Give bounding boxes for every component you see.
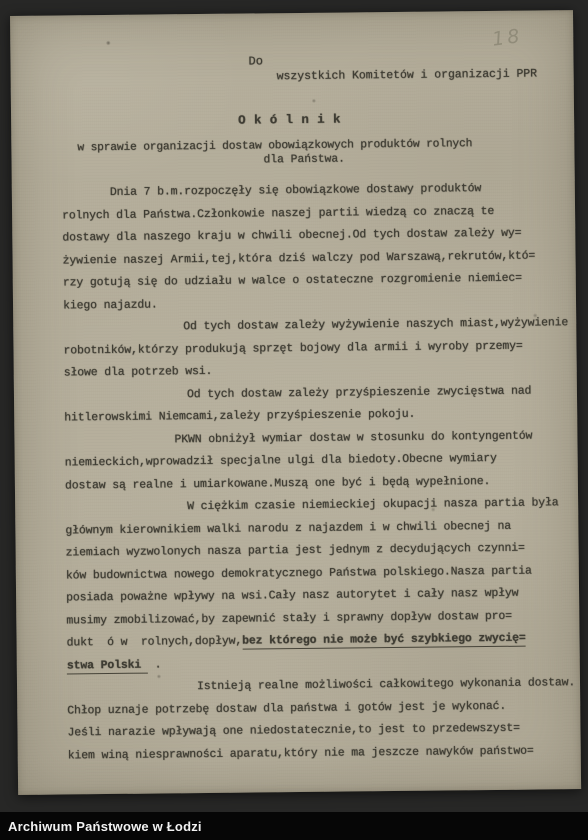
text-segment: rolnych dla Państwa.Członkowie naszej pa… bbox=[62, 204, 494, 222]
text-segment: niemieckich,wprowadził specjalne ulgi dl… bbox=[65, 452, 497, 470]
text-segment: Jeśli narazie wpływają one niedostateczn… bbox=[67, 722, 519, 740]
addressee-salutation: Do bbox=[248, 54, 263, 68]
typewritten-line: kiem winą niesprawności aparatu,który ni… bbox=[68, 740, 566, 768]
text-segment: dostawy dla naszego kraju w chwili obecn… bbox=[62, 227, 521, 245]
text-segment: robotników,którzy produkują sprzęt bojow… bbox=[63, 339, 522, 357]
paragraph: Istnieją realne możliwości całkowitego w… bbox=[67, 672, 566, 767]
text-segment: kiego najazdu. bbox=[63, 298, 158, 312]
text-segment: hitlerowskimi Niemcami,zależy przyśpiesz… bbox=[64, 408, 415, 425]
underlined-phrase: stwa Polski bbox=[67, 658, 148, 674]
paragraph: Od tych dostaw zależy przyśpieszenie zwy… bbox=[64, 380, 562, 430]
text-segment: posiada poważne wpływy na wsi.Cały nasz … bbox=[66, 587, 518, 605]
archive-name: Archiwum Państwowe w Łodzi bbox=[0, 819, 202, 834]
text-segment: ków budownictwa nowego demokratycznego P… bbox=[66, 564, 532, 582]
text-segment: Istnieją realne możliwości całkowitego w… bbox=[197, 676, 575, 693]
text-segment: ziemiach wyzwolonych nasza partia jest j… bbox=[66, 542, 525, 560]
paragraph: W ciężkim czasie niemieckiej okupacji na… bbox=[65, 492, 565, 677]
addressee-recipient: wszystkich Komitetów i organizacji PPR bbox=[277, 67, 537, 84]
document-title: O k ó l n i k bbox=[238, 113, 341, 129]
text-segment: dostaw są realne i umiarkowane.Muszą one… bbox=[65, 474, 490, 491]
underlined-phrase: bez którego nie może być szybkiego zwyci… bbox=[242, 632, 526, 650]
text-segment: Dnia 7 b.m.rozpoczęły się obowiązkowe do… bbox=[110, 182, 481, 199]
text-segment: musimy zmobilizować,by zapewnić stały i … bbox=[66, 609, 512, 627]
archive-footer-bar: Archiwum Państwowe w Łodzi bbox=[0, 812, 588, 840]
text-segment: dukt ó w rolnych,dopływ, bbox=[67, 635, 243, 650]
scan-background: 18 Do wszystkich Komitetów i organizacji… bbox=[0, 0, 588, 840]
text-segment: żywienie naszej Armii,tej,która dziś wal… bbox=[62, 249, 535, 267]
text-segment: . bbox=[148, 658, 162, 671]
text-segment: Chłop uznaje potrzebę dostaw dla państwa… bbox=[67, 699, 506, 717]
text-segment: słowe dla potrzeb wsi. bbox=[64, 365, 213, 380]
text-segment: głównym kierownikiem walki narodu z naja… bbox=[65, 519, 511, 537]
text-segment: rzy gotują się do udziału w walce o osta… bbox=[63, 272, 522, 290]
subject-line-2: dla Państwa. bbox=[263, 153, 345, 168]
paragraph: Od tych dostaw zależy wyżywienie naszych… bbox=[63, 312, 562, 385]
text-segment: Od tych dostaw zależy przyśpieszenie zwy… bbox=[187, 384, 531, 401]
document-body: Dnia 7 b.m.rozpoczęły się obowiązkowe do… bbox=[62, 177, 566, 767]
handwritten-page-number: 18 bbox=[491, 25, 524, 51]
text-segment: Od tych dostaw zależy wyżywienie naszych… bbox=[183, 316, 568, 333]
text-segment: PKWN obniżył wymiar dostaw w stosunku do… bbox=[174, 429, 532, 446]
paragraph: PKWN obniżył wymiar dostaw w stosunku do… bbox=[64, 425, 563, 498]
text-segment: W ciężkim czasie niemieckiej okupacji na… bbox=[187, 496, 558, 513]
text-segment: kiem winą niesprawności aparatu,który ni… bbox=[68, 744, 534, 762]
document-page: 18 Do wszystkich Komitetów i organizacji… bbox=[10, 10, 581, 795]
paragraph: Dnia 7 b.m.rozpoczęły się obowiązkowe do… bbox=[62, 177, 561, 317]
